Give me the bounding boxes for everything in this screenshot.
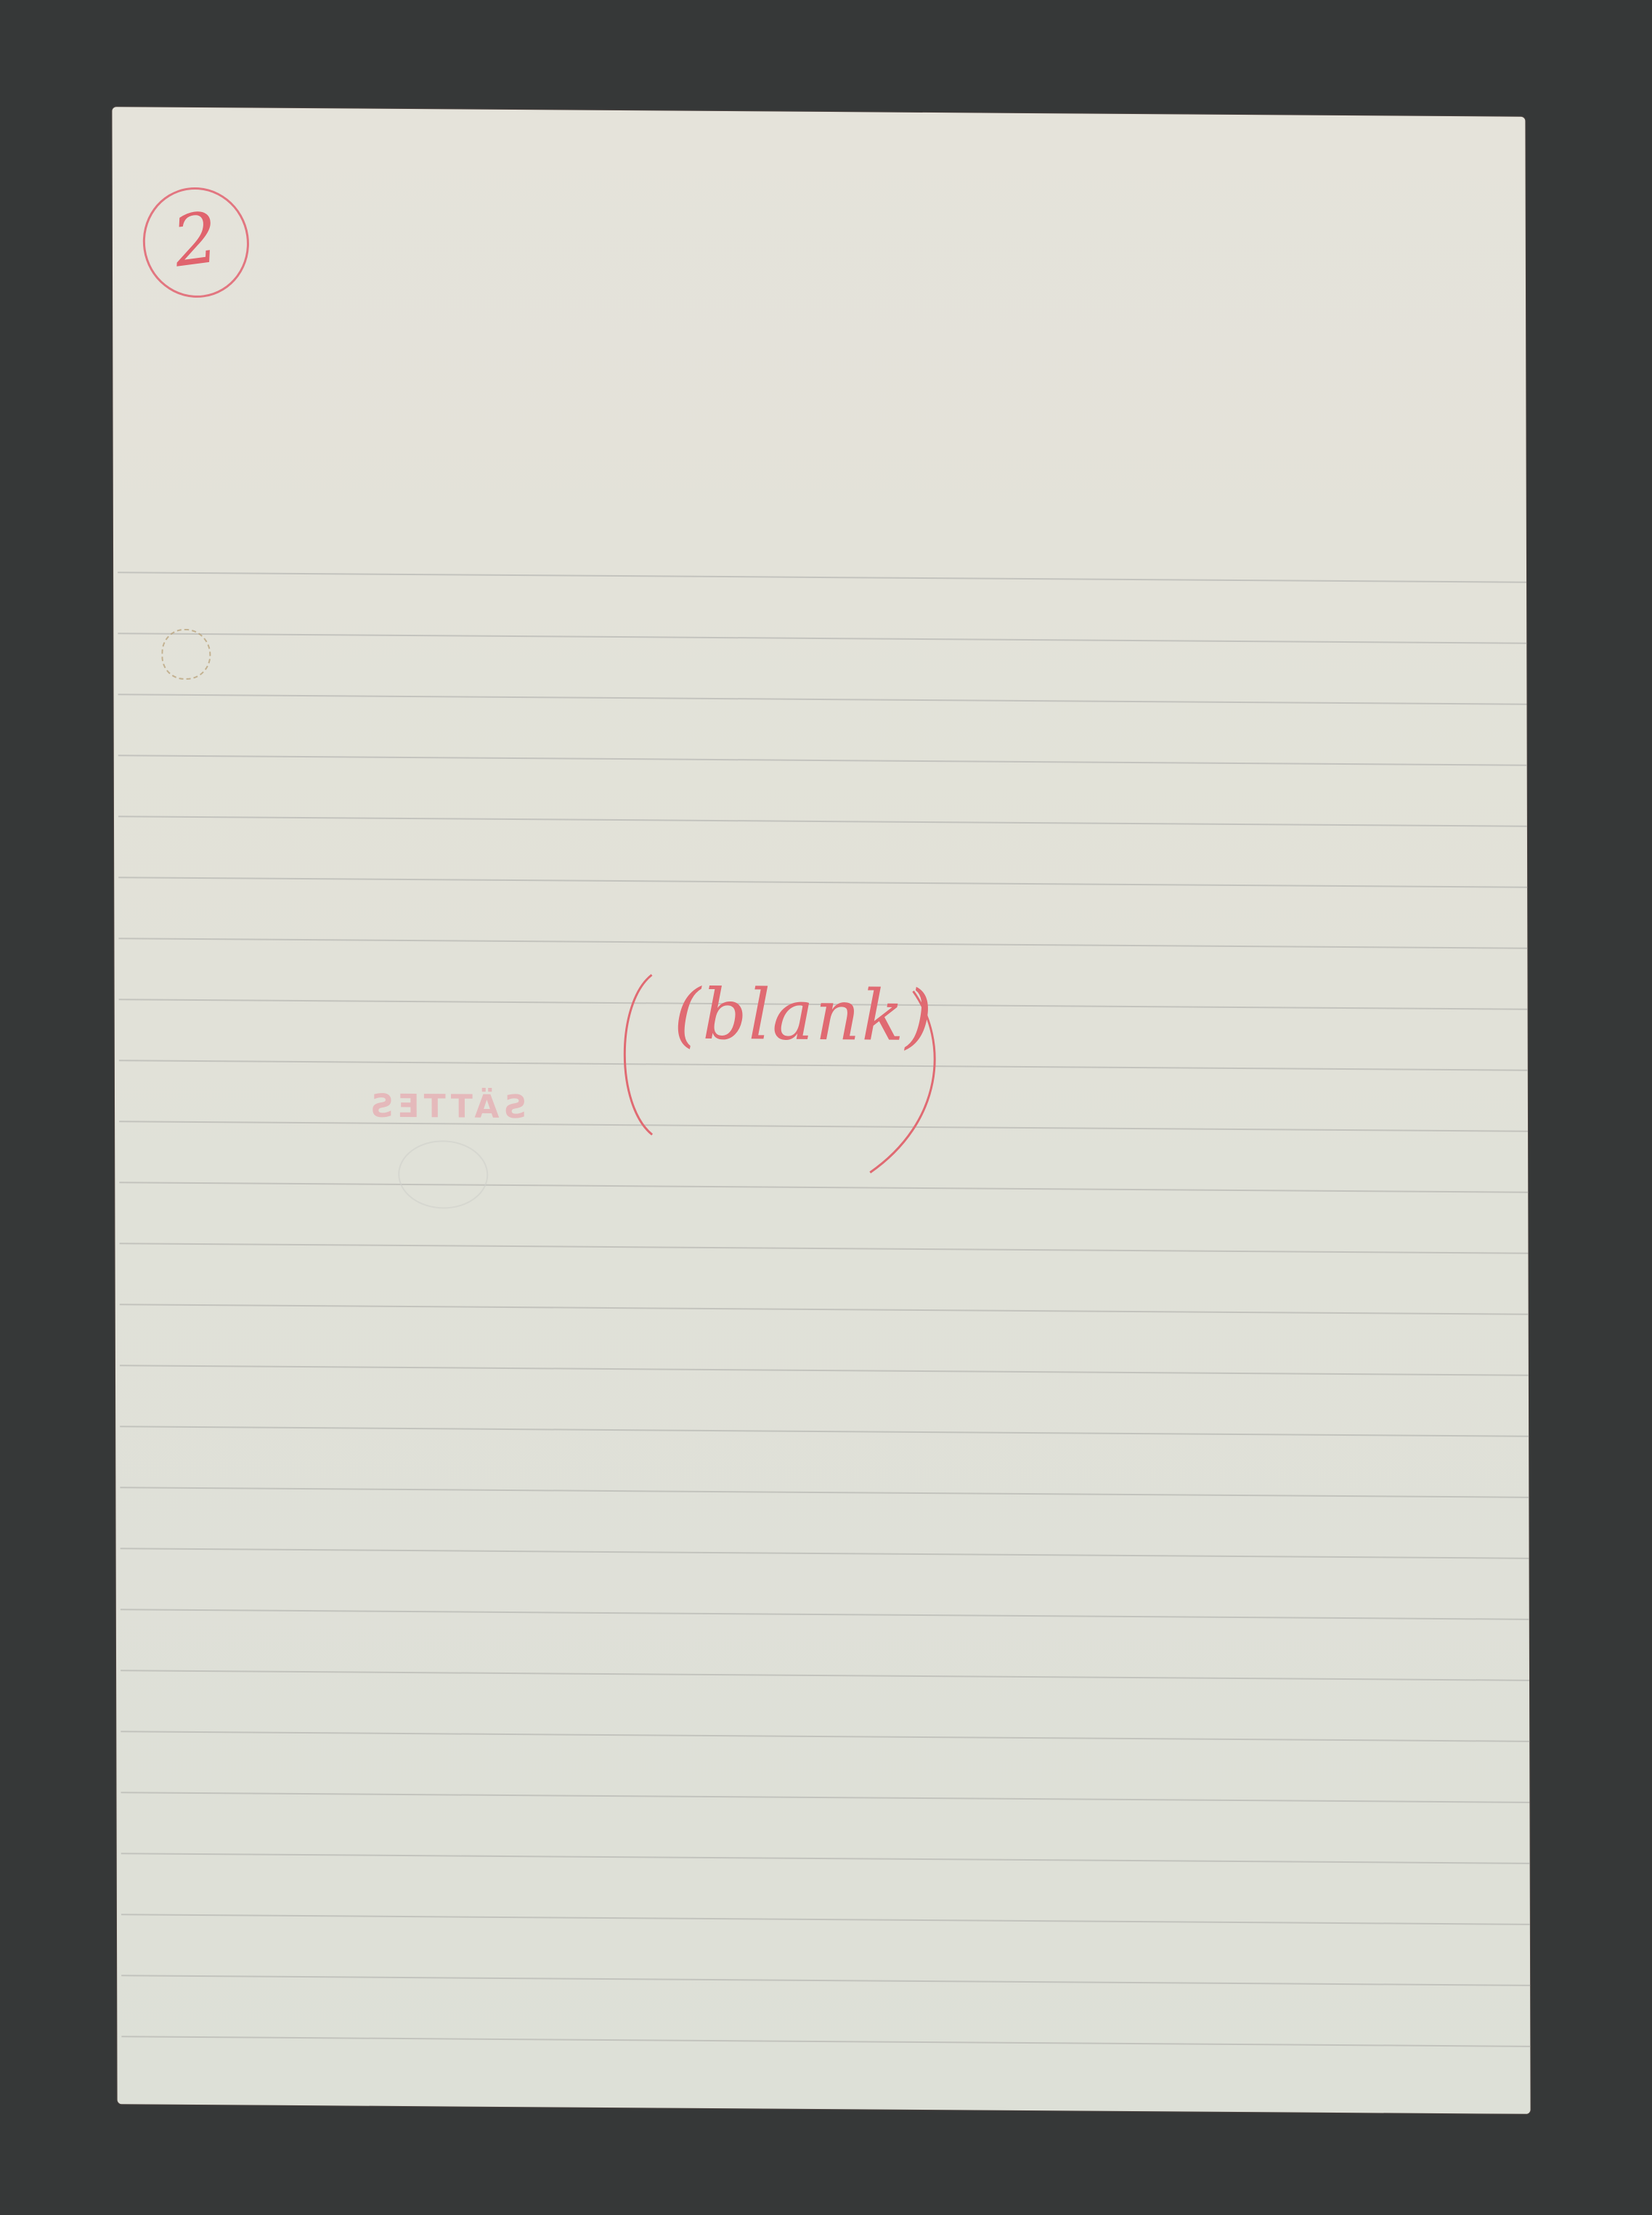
faint-pencil-mark [398,1140,488,1209]
ruled-line [121,1731,1529,1742]
ruled-line [118,633,1526,644]
ruled-line [121,2036,1530,2047]
blank-annotation: (blank) [622,960,943,1180]
ruled-line [121,1914,1530,1925]
ruled-line [121,1853,1530,1864]
ruled-line [121,1609,1529,1620]
ruled-line [118,694,1527,705]
ruled-line [118,877,1527,888]
ruled-line [121,1548,1529,1559]
stain-mark [161,629,211,680]
ruled-line [120,1243,1529,1254]
ruled-line [118,938,1527,949]
ruled-lines [112,107,1525,117]
ruled-line [120,1426,1529,1437]
paper-sheet: 2 (blank) SÄTTES [112,107,1530,2114]
ruled-line [121,1670,1529,1681]
blank-word: (blank) [674,974,935,1057]
page-number-circle: 2 [136,181,256,304]
ruled-line [121,1975,1530,1986]
ruled-line [118,572,1526,583]
ruled-line [121,1792,1529,1803]
ruled-line [119,1182,1528,1193]
stamp-bleedthrough: SÄTTES [366,1088,526,1126]
ruled-line [120,1365,1529,1376]
ruled-line [118,755,1527,766]
ruled-line [120,1487,1529,1498]
ruled-line [118,816,1527,827]
page-number: 2 [139,193,251,286]
ruled-line [120,1304,1529,1315]
